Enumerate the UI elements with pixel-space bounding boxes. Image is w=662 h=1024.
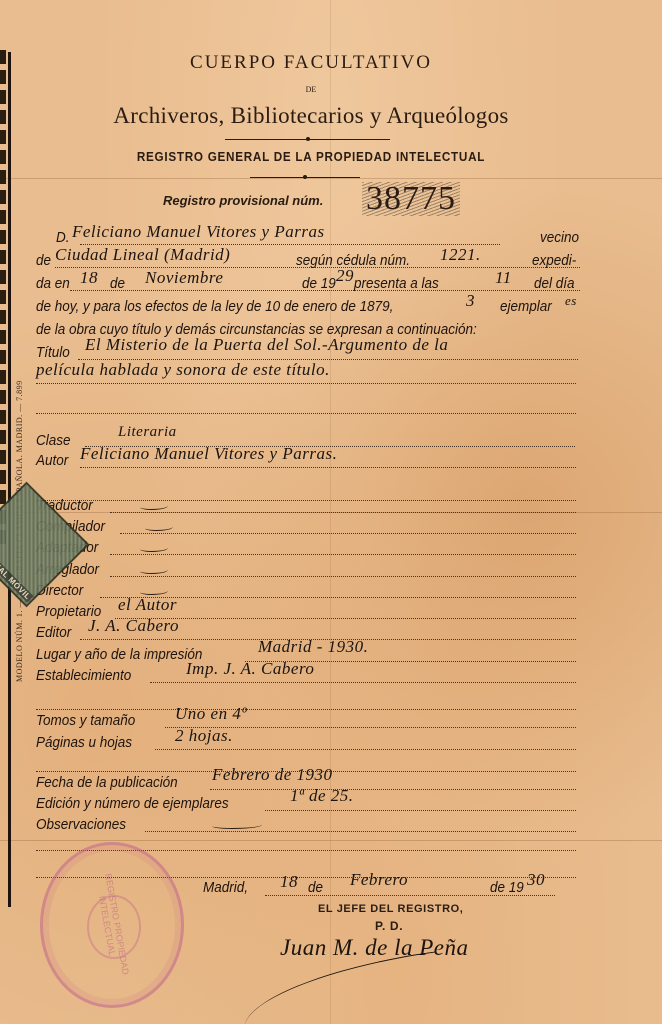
ejemplares-count: 3 — [466, 291, 475, 311]
pd-label: P. D. — [375, 919, 403, 933]
header-line-2: DE — [0, 85, 642, 94]
text-del-dia: del día — [534, 276, 574, 292]
text-de: de — [36, 253, 51, 269]
cedula-month: Noviembre — [145, 268, 223, 288]
text-da-en: da en — [36, 276, 70, 292]
titulo-label: Título — [36, 345, 70, 361]
blank-dash-compilador — [145, 524, 173, 531]
titulo-value-2: película hablada y sonora de este título… — [36, 360, 330, 380]
dotted-line — [265, 810, 576, 811]
signature-flourish — [237, 951, 442, 1024]
vecino-label: vecino — [540, 230, 579, 246]
text-de-19: de 19 — [302, 276, 336, 292]
field-value-autor: Feliciano Manuel Vitores y Parras. — [80, 444, 337, 464]
header-title: Archiveros, Bibliotecarios y Arqueólogos — [0, 103, 642, 129]
blank-dash-adaptador — [140, 545, 168, 552]
dotted-line — [36, 709, 576, 710]
cedula-day: 18 — [80, 268, 98, 288]
header-line-1: CUERPO FACULTATIVO — [0, 52, 642, 74]
dotted-line — [80, 467, 576, 468]
field-label-establecimiento: Establecimiento — [36, 668, 131, 684]
hour-value: 11 — [495, 268, 512, 288]
text-ley: de hoy, y para los efectos de la ley de … — [36, 299, 393, 315]
field-label-observaciones: Observaciones — [36, 817, 126, 833]
dotted-line — [110, 554, 576, 555]
blank-dash-observaciones — [212, 822, 262, 829]
footer-day: 18 — [280, 872, 298, 892]
registro-number: 38775 — [362, 182, 460, 216]
field-label-fecha: Fecha de la publicación — [36, 775, 178, 791]
field-value-tomos: Uno en 4º — [175, 704, 247, 724]
text-de: de — [308, 880, 323, 896]
field-label-edicion: Edición y número de ejemplares — [36, 796, 229, 812]
field-label-autor: Autor — [36, 453, 68, 469]
blank-dash-director — [140, 588, 168, 595]
dotted-line — [150, 682, 576, 683]
field-value-fecha: Febrero de 1930 — [212, 765, 333, 785]
text-de-19: de 19 — [490, 880, 524, 896]
field-label-clase: Clase — [36, 433, 70, 449]
text-presenta: presenta a las — [354, 276, 439, 292]
blank-dash-traductor — [140, 503, 168, 510]
blank-dash-arreglador — [140, 567, 168, 574]
registry-seal: REGISTRO PROPIEDAD INTELECTUAL — [40, 842, 184, 1008]
paper-fold — [0, 840, 662, 841]
field-value-clase: Literaria — [118, 424, 177, 441]
text-de: de — [110, 276, 125, 292]
cedula-year: 29 — [336, 266, 354, 286]
dotted-line — [155, 749, 576, 750]
text-expedi: expedi- — [532, 253, 576, 269]
jefe-registro-title: EL JEFE DEL REGISTRO, — [318, 903, 463, 915]
dotted-line — [36, 500, 576, 501]
registro-label: Registro provisional núm. — [163, 193, 323, 208]
dotted-line — [115, 618, 576, 619]
dotted-line — [36, 413, 576, 414]
field-value-edicion: 1ª de 25. — [290, 786, 354, 806]
paper-fold — [0, 178, 662, 179]
dotted-line — [120, 533, 576, 534]
dotted-line — [36, 383, 576, 384]
dotted-line — [145, 831, 576, 832]
applicant-name: Feliciano Manuel Vitores y Parras — [72, 222, 325, 242]
titulo-value-1: El Misterio de la Puerta del Sol.-Argume… — [85, 335, 448, 355]
text-ejemplar: ejemplar — [500, 299, 552, 315]
place-madrid: Madrid, — [203, 880, 248, 896]
field-label-editor: Editor — [36, 625, 71, 641]
field-value-establecimiento: Imp. J. A. Cabero — [186, 659, 314, 679]
header-subtitle: REGISTRO GENERAL DE LA PROPIEDAD INTELEC… — [13, 149, 609, 164]
signature: Juan M. de la Peña — [280, 935, 468, 961]
footer-month: Febrero — [350, 870, 408, 890]
dotted-line — [110, 512, 576, 513]
ejemplar-suffix: es — [565, 293, 577, 309]
footer-year: 30 — [527, 870, 545, 890]
dotted-line — [110, 576, 576, 577]
ornament-rule — [225, 139, 390, 140]
ornament-rule — [250, 177, 360, 178]
field-value-paginas: 2 hojas. — [175, 726, 233, 746]
field-label-paginas: Páginas u hojas — [36, 735, 132, 751]
field-value-editor: J. A. Cabero — [88, 616, 179, 636]
field-label-lugar: Lugar y año de la impresión — [36, 647, 202, 663]
dotted-line — [210, 789, 576, 790]
d-prefix: D. — [56, 230, 69, 246]
vecindad-value: Ciudad Lineal (Madrid) — [55, 245, 230, 265]
field-value-propietario: el Autor — [118, 595, 177, 615]
field-value-lugar: Madrid - 1930. — [258, 637, 368, 657]
field-label-tomos: Tomos y tamaño — [36, 713, 135, 729]
cedula-number: 1221. — [440, 245, 481, 265]
